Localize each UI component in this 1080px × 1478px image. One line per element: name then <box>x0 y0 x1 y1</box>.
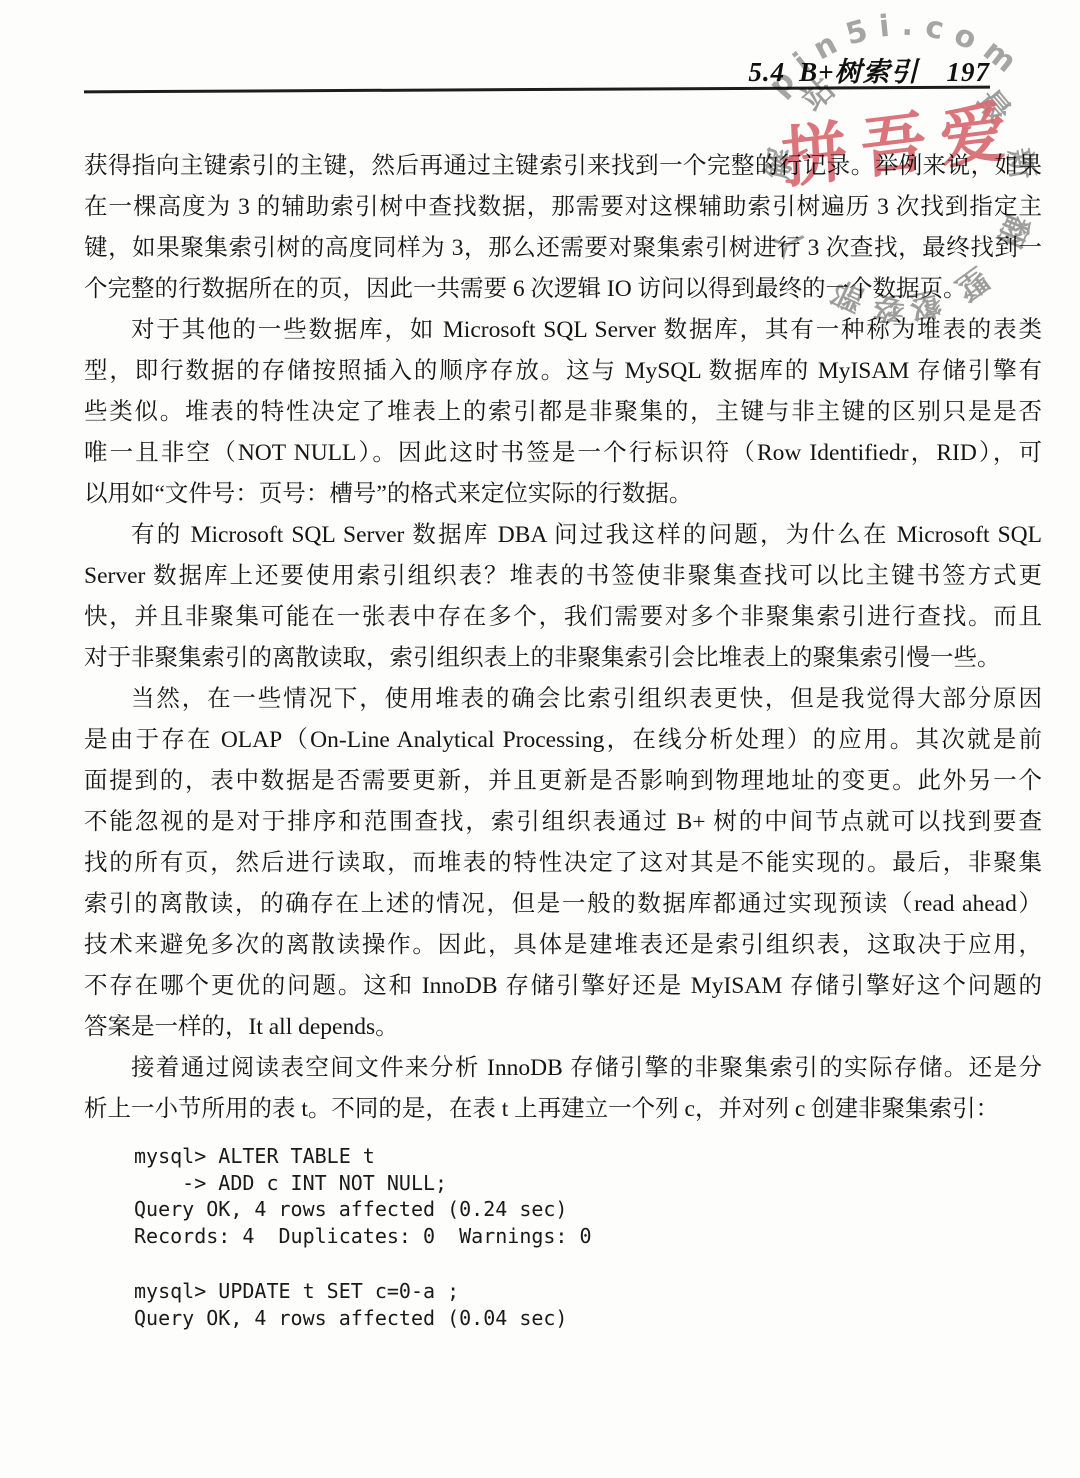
text-line: 对于其他的一些数据库，如 Microsoft SQL Server 数据库，其有… <box>84 310 1042 351</box>
text-line: 键，如果聚集索引树的高度同样为 3，那么还需要对聚集索引树进行 3 次查找，最终… <box>84 228 1042 269</box>
text-line: 型，即行数据的存储按照插入的顺序存放。这与 MySQL 数据库的 MyISAM … <box>84 351 1042 392</box>
text-line: 唯一且非空（NOT NULL）。因此这时书签是一个行标识符（Row Identi… <box>84 433 1042 474</box>
text-line: 析上一小节所用的表 t。不同的是，在表 t 上再建立一个列 c，并对列 c 创建… <box>84 1089 1042 1130</box>
page-header: 5.4B+树索引197 <box>84 50 990 89</box>
section-number: 5.4 <box>748 57 785 87</box>
text-line: 面提到的，表中数据是否需要更新，并且更新是否影响到物理地址的变更。此外另一个 <box>84 761 1042 802</box>
text-line: 快，并且非聚集可能在一张表中存在多个，我们需要对多个非聚集索引进行查找。而且 <box>84 597 1042 638</box>
text-line: 获得指向主键索引的主键，然后再通过主键索引来找到一个完整的行记录。举例来说，如果 <box>84 146 1042 187</box>
text-line: 是由于存在 OLAP（On-Line Analytical Processing… <box>84 720 1042 761</box>
text-line: 答案是一样的，It all depends。 <box>84 1007 1042 1048</box>
mysql-code-block: mysql> ALTER TABLE t -> ADD c INT NOT NU… <box>134 1143 592 1249</box>
text-line: 个完整的行数据所在的页，因此一共需要 6 次逻辑 IO 访问以得到最终的一个数据… <box>84 269 1042 310</box>
mysql-code-block: mysql> UPDATE t SET c=0-a ; Query OK, 4 … <box>134 1278 592 1331</box>
text-line: 当然，在一些情况下，使用堆表的确会比索引组织表更快，但是我觉得大部分原因 <box>84 679 1042 720</box>
page-number: 197 <box>947 57 991 87</box>
paragraph: 对于其他的一些数据库，如 Microsoft SQL Server 数据库，其有… <box>84 310 1042 515</box>
paragraph: 接着通过阅读表空间文件来分析 InnoDB 存储引擎的非聚集索引的实际存储。还是… <box>84 1048 1042 1130</box>
text-line: Server 数据库上还要使用索引组织表？堆表的书签使非聚集查找可以比主键书签方… <box>84 556 1042 597</box>
text-line: 在一棵高度为 3 的辅助索引树中查找数据，那需要对这棵辅助索引树遍历 3 次找到… <box>84 187 1042 228</box>
body-text: 获得指向主键索引的主键，然后再通过主键索引来找到一个完整的行记录。举例来说，如果… <box>84 146 1042 1130</box>
text-line: 不能忽视的是对于排序和范围查找，索引组织表通过 B+ 树的中间节点就可以找到要查 <box>84 802 1042 843</box>
paragraph: 有的 Microsoft SQL Server 数据库 DBA 问过我这样的问题… <box>84 515 1042 679</box>
text-line: 技术来避免多次的离散读操作。因此，具体是建堆表还是索引组织表，这取决于应用， <box>84 925 1042 966</box>
text-line: 以用如“文件号：页号：槽号”的格式来定位实际的行数据。 <box>84 474 1042 515</box>
text-line: 些类似。堆表的特性决定了堆表上的索引都是非聚集的，主键与非主键的区别只是是否 <box>84 392 1042 433</box>
text-line: 找的所有页，然后进行读取，而堆表的特性决定了这对其是不能实现的。最后，非聚集 <box>84 843 1042 884</box>
section-title: B+树索引 <box>799 57 918 87</box>
watermark-ring-char: 最 <box>970 83 1017 129</box>
scanned-book-page: 5.4B+树索引197 pin5i.com 最新翻墅壑婺鄑丫解站 拼吾爱 获得指… <box>0 0 1080 1478</box>
text-line: 对于非聚集索引的离散读取，索引组织表上的非聚集索引会比堆表上的聚集索引慢一些。 <box>84 638 1042 679</box>
paragraph: 获得指向主键索引的主键，然后再通过主键索引来找到一个完整的行记录。举例来说，如果… <box>84 146 1042 310</box>
text-line: 索引的离散读，的确存在上述的情况，但是一般的数据库都通过实现预读（read ah… <box>84 884 1042 925</box>
text-line: 不存在哪个更优的问题。这和 InnoDB 存储引擎好还是 MyISAM 存储引擎… <box>84 966 1042 1007</box>
paragraph: 当然，在一些情况下，使用堆表的确会比索引组织表更快，但是我觉得大部分原因是由于存… <box>84 679 1042 1048</box>
text-line: 接着通过阅读表空间文件来分析 InnoDB 存储引擎的非聚集索引的实际存储。还是… <box>84 1048 1042 1089</box>
text-line: 有的 Microsoft SQL Server 数据库 DBA 问过我这样的问题… <box>84 515 1042 556</box>
code-area: mysql> ALTER TABLE t -> ADD c INT NOT NU… <box>134 1143 592 1360</box>
